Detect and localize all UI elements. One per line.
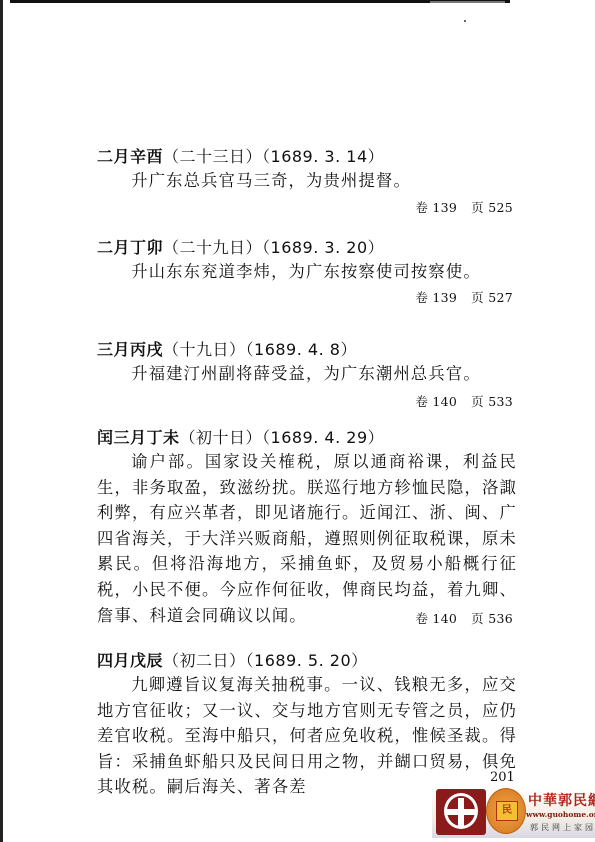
citation-page: 页 527 [471, 290, 513, 305]
entry-body: 升广东总兵官马三奇，为贵州提督。 [97, 168, 517, 194]
entry-heading: 二月丁卯（二十九日）（1689. 3. 20） [97, 237, 517, 259]
heading-main: 四月戊辰 [97, 651, 163, 670]
citation-volume: 卷 139 [415, 290, 457, 305]
heading-main: 二月丁卯 [97, 238, 163, 257]
entry-body: 升山东东兖道李炜，为广东按察使司按察使。 [97, 259, 517, 285]
entry-5: 四月戊辰（初二日）（1689. 5. 20） 九卿遵旨议复海关抽税事。一议、钱粮… [97, 650, 517, 800]
scan-border-left [0, 0, 3, 842]
entry-heading: 四月戊辰（初二日）（1689. 5. 20） [97, 650, 517, 672]
watermark-slogan: 郭民网上家园 [530, 822, 595, 833]
heading-date: （二十三日）（1689. 3. 14） [163, 147, 384, 166]
entry-body: 谕户部。国家设关榷税，原以通商裕课，利益民生，非务取盈，致滋纷扰。朕巡行地方轸恤… [97, 449, 517, 628]
heading-date: （初十日）（1689. 4. 29） [180, 428, 385, 447]
watermark-url: www.guohome.org [526, 810, 595, 819]
heading-main: 三月丙戌 [97, 340, 163, 359]
heading-date: （十九日）（1689. 4. 8） [163, 340, 357, 359]
watermark-title: 中華郭民網 [528, 790, 595, 810]
citation-volume: 卷 140 [415, 394, 457, 409]
heading-date: （二十九日）（1689. 3. 20） [163, 238, 384, 257]
citation-4: 卷 140页 536 [415, 609, 513, 627]
citation-page: 页 536 [471, 611, 513, 626]
entry-body: 升福建汀州副将薛受益，为广东潮州总兵官。 [97, 361, 517, 387]
citation-page: 页 533 [471, 394, 513, 409]
seal-char: 民 [496, 801, 518, 821]
knot-emblem-icon [436, 789, 486, 835]
entry-heading: 二月辛酉（二十三日）（1689. 3. 14） [97, 146, 517, 168]
citation-2: 卷 139页 527 [415, 288, 513, 306]
body-paragraph: 谕户部。国家设关榷税，原以通商裕课，利益民生，非务取盈，致滋纷扰。朕巡行地方轸恤… [97, 449, 517, 628]
citation-volume: 卷 140 [415, 611, 457, 626]
body-paragraph: 升福建汀州副将薛受益，为广东潮州总兵官。 [97, 361, 517, 387]
heading-date: （初二日）（1689. 5. 20） [163, 651, 368, 670]
citation-page: 页 525 [471, 200, 513, 215]
entry-body: 九卿遵旨议复海关抽税事。一议、钱粮无多，应交地方官征收；又一议、交与地方官则无专… [97, 672, 517, 800]
entry-3: 三月丙戌（十九日）（1689. 4. 8） 升福建汀州副将薛受益，为广东潮州总兵… [97, 339, 517, 387]
body-paragraph: 升山东东兖道李炜，为广东按察使司按察使。 [97, 259, 517, 285]
seal-icon: 民 [486, 788, 526, 834]
body-paragraph: 九卿遵旨议复海关抽税事。一议、钱粮无多，应交地方官征收；又一议、交与地方官则无专… [97, 672, 517, 800]
page-number: 201 [490, 770, 515, 785]
entry-4: 闰三月丁未（初十日）（1689. 4. 29） 谕户部。国家设关榷税，原以通商裕… [97, 427, 517, 628]
heading-main: 闰三月丁未 [97, 428, 180, 447]
citation-1: 卷 139页 525 [415, 198, 513, 216]
entry-1: 二月辛酉（二十三日）（1689. 3. 14） 升广东总兵官马三奇，为贵州提督。 [97, 146, 517, 194]
citation-volume: 卷 139 [415, 200, 457, 215]
scan-border-top-fade [430, 1, 505, 3]
citation-3: 卷 140页 533 [415, 392, 513, 410]
entry-2: 二月丁卯（二十九日）（1689. 3. 20） 升山东东兖道李炜，为广东按察使司… [97, 237, 517, 285]
body-paragraph: 升广东总兵官马三奇，为贵州提督。 [97, 168, 517, 194]
entry-heading: 闰三月丁未（初十日）（1689. 4. 29） [97, 427, 517, 449]
heading-main: 二月辛酉 [97, 147, 163, 166]
watermark-logo: 民 中華郭民網 www.guohome.org 郭民网上家园 [432, 786, 595, 842]
entry-heading: 三月丙戌（十九日）（1689. 4. 8） [97, 339, 517, 361]
scan-speck [464, 20, 466, 22]
